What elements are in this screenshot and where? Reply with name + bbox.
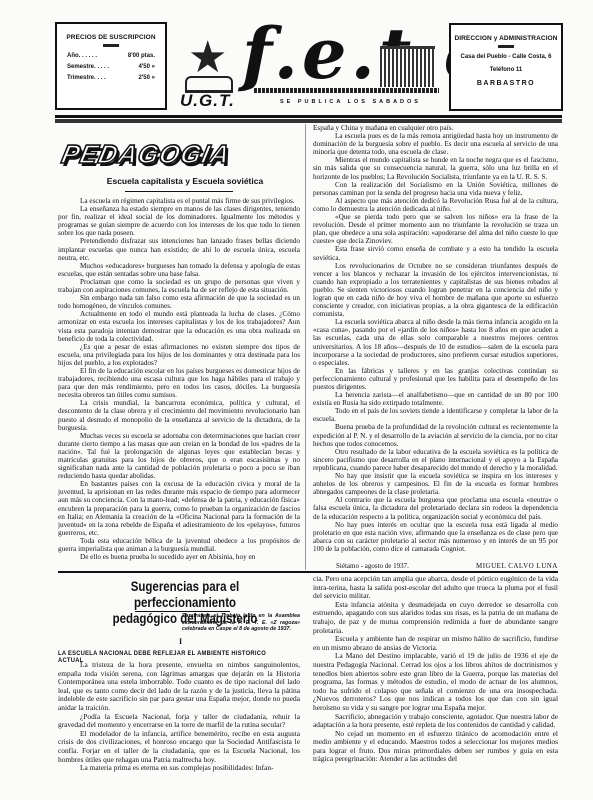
paragraph: La escuela pues es de la más remota anti… — [313, 132, 558, 156]
article-title: Escuela capitalista y Escuela soviética — [95, 176, 275, 186]
paragraph: Con la realización del Socialismo en la … — [313, 181, 558, 197]
ornament-dash — [498, 45, 514, 48]
header-rule — [55, 115, 562, 118]
paragraph: Otro resultado de la labor educativa de … — [313, 448, 558, 472]
paragraph: No hay que insistir que la escuela sovié… — [313, 472, 558, 496]
article1-column-left: La escuela en régimen capitalista es el … — [58, 197, 300, 567]
masthead-subtitle — [254, 88, 439, 93]
paragraph: Muchas veces su escuela se adornaba con … — [58, 432, 300, 481]
ornament-dash — [103, 44, 119, 47]
author-signature: MIGUEL CALVO LUNA — [476, 562, 558, 570]
header-rule-thin — [55, 119, 562, 123]
article-separator — [58, 571, 558, 573]
paragraph: Esta frase sirvió como enseña de combate… — [313, 245, 558, 261]
paragraph: Todo en el país de los soviets tiende a … — [313, 407, 558, 423]
paragraph: Muchos «educadores» burgueses han tomado… — [58, 262, 300, 278]
paragraph: La materia prima es eterna en sus comple… — [58, 764, 300, 773]
article2-column-left: La tristeza de la hora presente, envuelt… — [58, 661, 300, 791]
paragraph: En las fábricas y talleres y en las gran… — [313, 367, 558, 391]
article2-column-right: cia. Pero una acepción tan amplia que ab… — [313, 575, 558, 791]
paragraph: De ello es buena prueba lo sucedido ayer… — [58, 553, 300, 561]
price-row: Trimestre. . . .2'50 » — [57, 75, 165, 81]
paragraph: En bastantes países con la excusa de la … — [58, 480, 300, 537]
paragraph: La Mano del Destino implacable, varió el… — [313, 652, 558, 712]
paragraph: Mientras el mundo capitalista se hunde e… — [313, 156, 558, 180]
paragraph: Toda esta educación bélica de la juventu… — [58, 537, 300, 553]
paragraph: La escuela soviética abarca al niño desd… — [313, 318, 558, 367]
star-icon: ★ — [188, 36, 227, 80]
paragraph: El fin de la educación escolar en los pa… — [58, 367, 300, 399]
paragraph: La crisis mundial, la bancarrota económi… — [58, 399, 300, 431]
paragraph: ¿Es que a pesar de estas afirmaciones no… — [58, 343, 300, 367]
paragraph: Actualmente en todo el mundo está plante… — [58, 310, 300, 342]
place-date: Siétamo - agosto de 1937. — [336, 562, 409, 570]
paragraph: El modelador de la infancia, artífice be… — [58, 730, 300, 764]
paragraph: Proclaman que como la sociedad es un gru… — [58, 278, 300, 294]
price-row: Año. . . . . .8'00 ptas. — [57, 53, 165, 59]
paragraph: No cejad un momento en el esfuerzo titán… — [313, 730, 558, 764]
paragraph: Esta infancia atónita y desmadejada en c… — [313, 601, 558, 635]
paragraph: «Que se pierda todo pero que se salven l… — [313, 213, 558, 245]
paragraph: La escuela en régimen capitalista es el … — [58, 197, 300, 205]
address-phone: Teléfono 11 — [451, 67, 561, 73]
paragraph: ¿Podía la Escuela Nacional, forja y tall… — [58, 713, 300, 730]
article1-column-right: España y China y mañana en cualquier otr… — [313, 124, 558, 559]
title-underline — [125, 191, 233, 192]
paragraph: Sin embargo nada tan falso como esta afi… — [58, 294, 300, 310]
column-divider — [305, 124, 306, 570]
address-city: BARBASTRO — [451, 80, 561, 87]
paragraph: Sacrificio, abnegación y trabajo conscie… — [313, 713, 558, 730]
paragraph: La enseñanza ha estado siempre en manos … — [58, 205, 300, 237]
paragraph: Al aspecto que más atención dedicó la Re… — [313, 197, 558, 213]
address-street: Casa del Pueblo - Calle Costa, 6 — [451, 54, 561, 60]
section-banner: PEDAGOGIA — [59, 139, 234, 170]
price-row: Semestre. . . . .4'50 » — [57, 64, 165, 70]
masthead: ★ U.G.T. f.e.t.e. SE PUBLICA LOS SABADOS — [180, 18, 440, 113]
paragraph: Los revolucionarios de Octubre no se con… — [313, 262, 558, 319]
title-underline — [135, 611, 230, 612]
paragraph: La herencia zarista—el analfabetismo—que… — [313, 391, 558, 407]
paragraph: España y China y mañana en cualquier otr… — [313, 124, 558, 132]
subscription-title: PRECIOS DE SUSCRIPCION — [57, 34, 165, 41]
paragraph: Pretendiendo disfrazar sus intenciones h… — [58, 237, 300, 261]
paragraph: La tristeza de la hora presente, envuelt… — [58, 661, 300, 713]
paragraph: cia. Pero una acepción tan amplia que ab… — [313, 575, 558, 601]
paragraph: No hay pues interés en ocultar que la es… — [313, 521, 558, 553]
address-title: DIRECCION y ADMINISTRACION — [451, 35, 561, 42]
address-box: DIRECCION y ADMINISTRACION Casa del Pueb… — [449, 23, 563, 111]
chapter-number: I — [179, 637, 182, 646]
paragraph: Al contrario que la escuela burguesa que… — [313, 496, 558, 520]
temple-illustration — [380, 46, 435, 87]
paragraph: Buena prueba de la profundidad de la rev… — [313, 423, 558, 447]
union-logo: U.G.T. — [180, 91, 235, 111]
paragraph: Escuela y ambiente han de respirar un mi… — [313, 635, 558, 652]
publication-frequency: SE PUBLICA LOS SABADOS — [280, 99, 421, 105]
subscription-box: PRECIOS DE SUSCRIPCION Año. . . . . .8'0… — [55, 22, 167, 110]
article2-note: Parafraseis el Trabajo leído en la Asamb… — [182, 613, 300, 633]
newspaper-page: PRECIOS DE SUSCRIPCION Año. . . . . .8'0… — [0, 0, 593, 800]
